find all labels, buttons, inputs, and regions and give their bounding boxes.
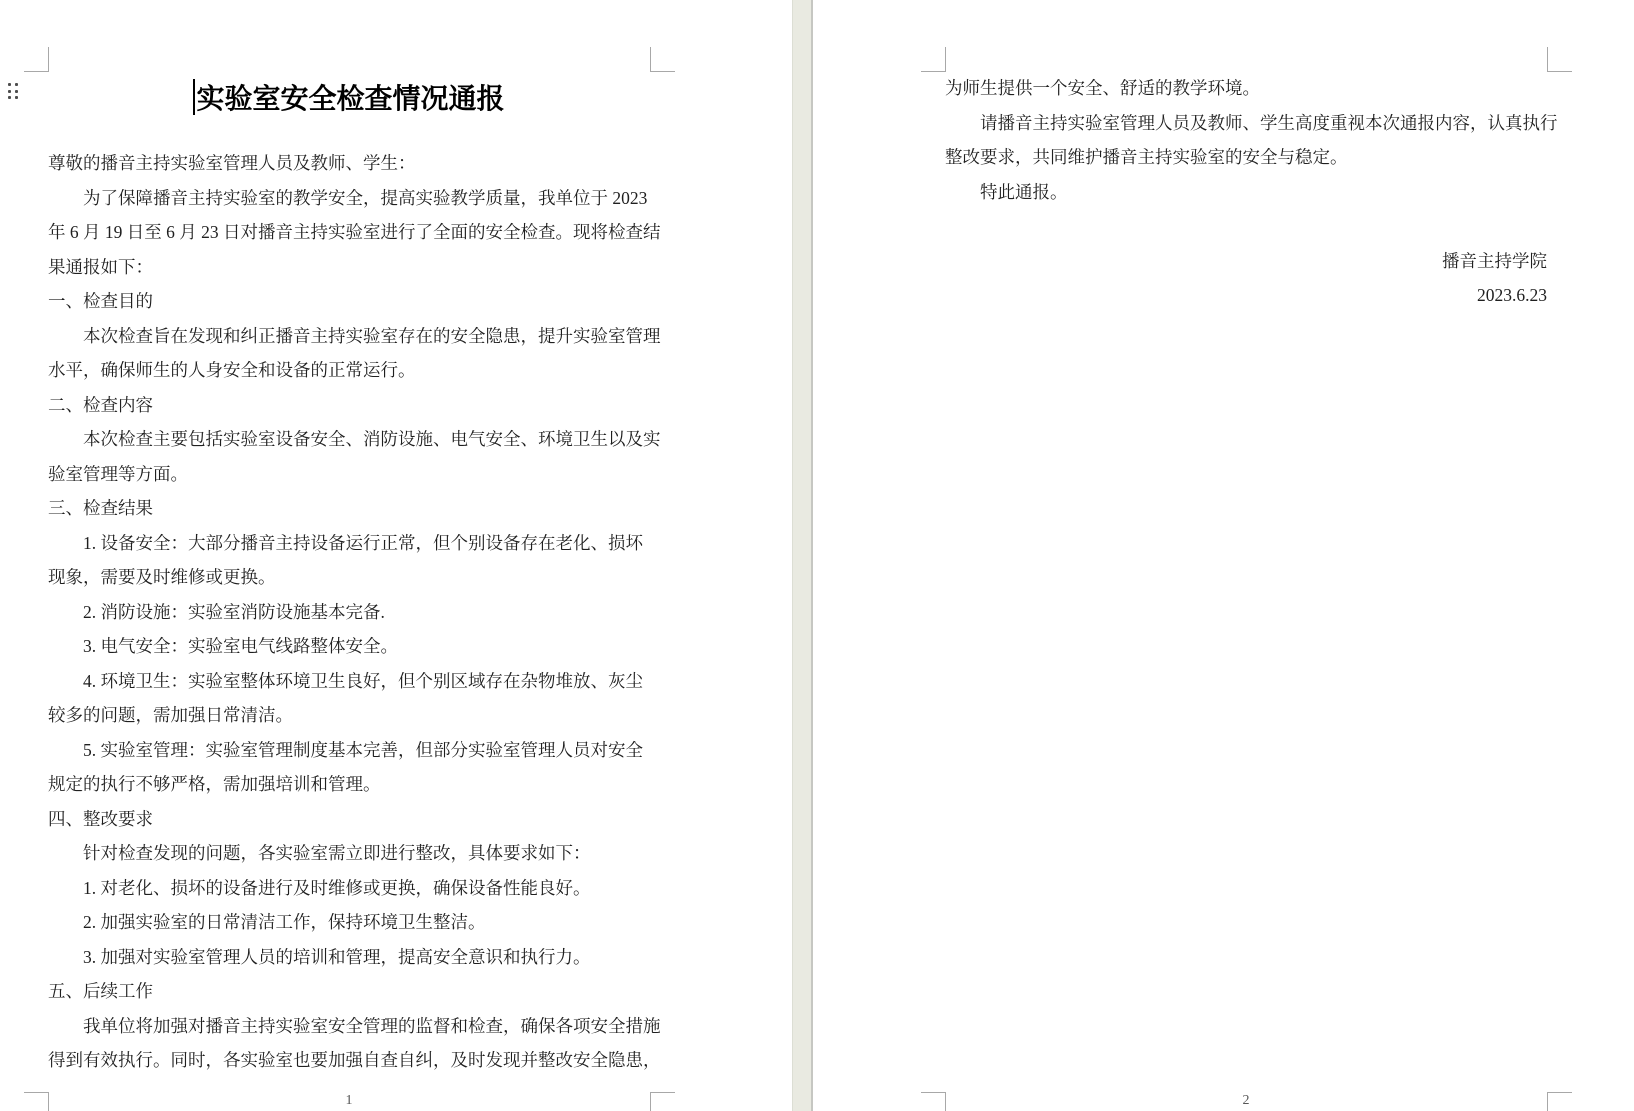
text-line[interactable]: 2023.6.23 xyxy=(945,278,1547,313)
text-line[interactable]: 较多的问题，需加强日常清洁。 xyxy=(48,698,650,733)
text-line[interactable]: 针对检查发现的问题，各实验室需立即进行整改，具体要求如下： xyxy=(48,836,650,871)
crop-mark-top-left-icon xyxy=(921,47,946,72)
text-line[interactable]: 3. 电气安全：实验室电气线路整体安全。 xyxy=(48,629,650,664)
page-2-text-area[interactable]: 为师生提供一个安全、舒适的教学环境。请播音主持实验室管理人员及教师、学生高度重视… xyxy=(945,71,1547,313)
text-line[interactable]: 本次检查旨在发现和纠正播音主持实验室存在的安全隐患，提升实验室管理 xyxy=(48,319,650,354)
text-line[interactable]: 二、检查内容 xyxy=(48,388,650,423)
text-line[interactable]: 3. 加强对实验室管理人员的培训和管理，提高安全意识和执行力。 xyxy=(48,940,650,975)
text-line[interactable]: 1. 对老化、损坏的设备进行及时维修或更换，确保设备性能良好。 xyxy=(48,871,650,906)
text-line[interactable] xyxy=(945,209,1547,244)
text-line[interactable]: 四、整改要求 xyxy=(48,802,650,837)
text-line[interactable]: 播音主持学院 xyxy=(945,244,1547,279)
text-line[interactable]: 5. 实验室管理：实验室管理制度基本完善，但部分实验室管理人员对安全 xyxy=(48,733,650,768)
text-line[interactable]: 水平，确保师生的人身安全和设备的正常运行。 xyxy=(48,353,650,388)
text-line[interactable]: 特此通报。 xyxy=(945,175,1547,210)
title-line: 实验室安全检查情况通报 xyxy=(48,71,650,146)
text-line[interactable]: 年 6 月 19 日至 6 月 23 日对播音主持实验室进行了全面的安全检查。现… xyxy=(48,215,650,250)
page-2: 为师生提供一个安全、舒适的教学环境。请播音主持实验室管理人员及教师、学生高度重视… xyxy=(813,0,1634,1111)
crop-mark-bottom-right-icon xyxy=(1547,1092,1572,1111)
crop-mark-top-right-icon xyxy=(650,47,675,72)
text-line[interactable]: 验室管理等方面。 xyxy=(48,457,650,492)
page-1: 实验室安全检查情况通报 尊敬的播音主持实验室管理人员及教师、学生：为了保障播音主… xyxy=(0,0,792,1111)
crop-mark-bottom-left-icon xyxy=(921,1092,946,1111)
text-line[interactable]: 请播音主持实验室管理人员及教师、学生高度重视本次通报内容，认真执行 xyxy=(945,106,1547,141)
text-line[interactable]: 尊敬的播音主持实验室管理人员及教师、学生： xyxy=(48,146,650,181)
text-line[interactable]: 4. 环境卫生：实验室整体环境卫生良好，但个别区域存在杂物堆放、灰尘 xyxy=(48,664,650,699)
text-line[interactable]: 现象，需要及时维修或更换。 xyxy=(48,560,650,595)
crop-mark-top-left-icon xyxy=(24,47,49,72)
page-1-number: 1 xyxy=(48,1093,650,1109)
crop-mark-bottom-left-icon xyxy=(24,1092,49,1111)
drag-handle-icon[interactable] xyxy=(8,83,18,99)
text-line[interactable]: 2. 加强实验室的日常清洁工作，保持环境卫生整洁。 xyxy=(48,905,650,940)
text-line[interactable]: 五、后续工作 xyxy=(48,974,650,1009)
page-1-body: 尊敬的播音主持实验室管理人员及教师、学生：为了保障播音主持实验室的教学安全，提高… xyxy=(48,146,650,1078)
crop-mark-bottom-right-icon xyxy=(650,1092,675,1111)
text-line[interactable]: 为师生提供一个安全、舒适的教学环境。 xyxy=(945,71,1547,106)
document-title[interactable]: 实验室安全检查情况通报 xyxy=(196,84,504,115)
text-line[interactable]: 我单位将加强对播音主持实验室安全管理的监督和检查，确保各项安全措施 xyxy=(48,1009,650,1044)
text-line[interactable]: 为了保障播音主持实验室的教学安全，提高实验教学质量，我单位于 2023 xyxy=(48,181,650,216)
page-gap xyxy=(792,0,813,1111)
text-line[interactable]: 三、检查结果 xyxy=(48,491,650,526)
text-line[interactable]: 一、检查目的 xyxy=(48,284,650,319)
text-line[interactable]: 得到有效执行。同时，各实验室也要加强自查自纠，及时发现并整改安全隐患， xyxy=(48,1043,650,1078)
text-line[interactable]: 本次检查主要包括实验室设备安全、消防设施、电气安全、环境卫生以及实 xyxy=(48,422,650,457)
page-2-number: 2 xyxy=(945,1093,1547,1109)
crop-mark-top-right-icon xyxy=(1547,47,1572,72)
page-2-body: 为师生提供一个安全、舒适的教学环境。请播音主持实验室管理人员及教师、学生高度重视… xyxy=(945,71,1547,313)
text-line[interactable]: 整改要求，共同维护播音主持实验室的安全与稳定。 xyxy=(945,140,1547,175)
text-line[interactable]: 规定的执行不够严格，需加强培训和管理。 xyxy=(48,767,650,802)
text-line[interactable]: 果通报如下： xyxy=(48,250,650,285)
text-line[interactable]: 2. 消防设施：实验室消防设施基本完备. xyxy=(48,595,650,630)
page-1-text-area[interactable]: 实验室安全检查情况通报 尊敬的播音主持实验室管理人员及教师、学生：为了保障播音主… xyxy=(48,71,650,1078)
text-line[interactable]: 1. 设备安全：大部分播音主持设备运行正常，但个别设备存在老化、损坏 xyxy=(48,526,650,561)
word-processor-canvas: 实验室安全检查情况通报 尊敬的播音主持实验室管理人员及教师、学生：为了保障播音主… xyxy=(0,0,1634,1111)
